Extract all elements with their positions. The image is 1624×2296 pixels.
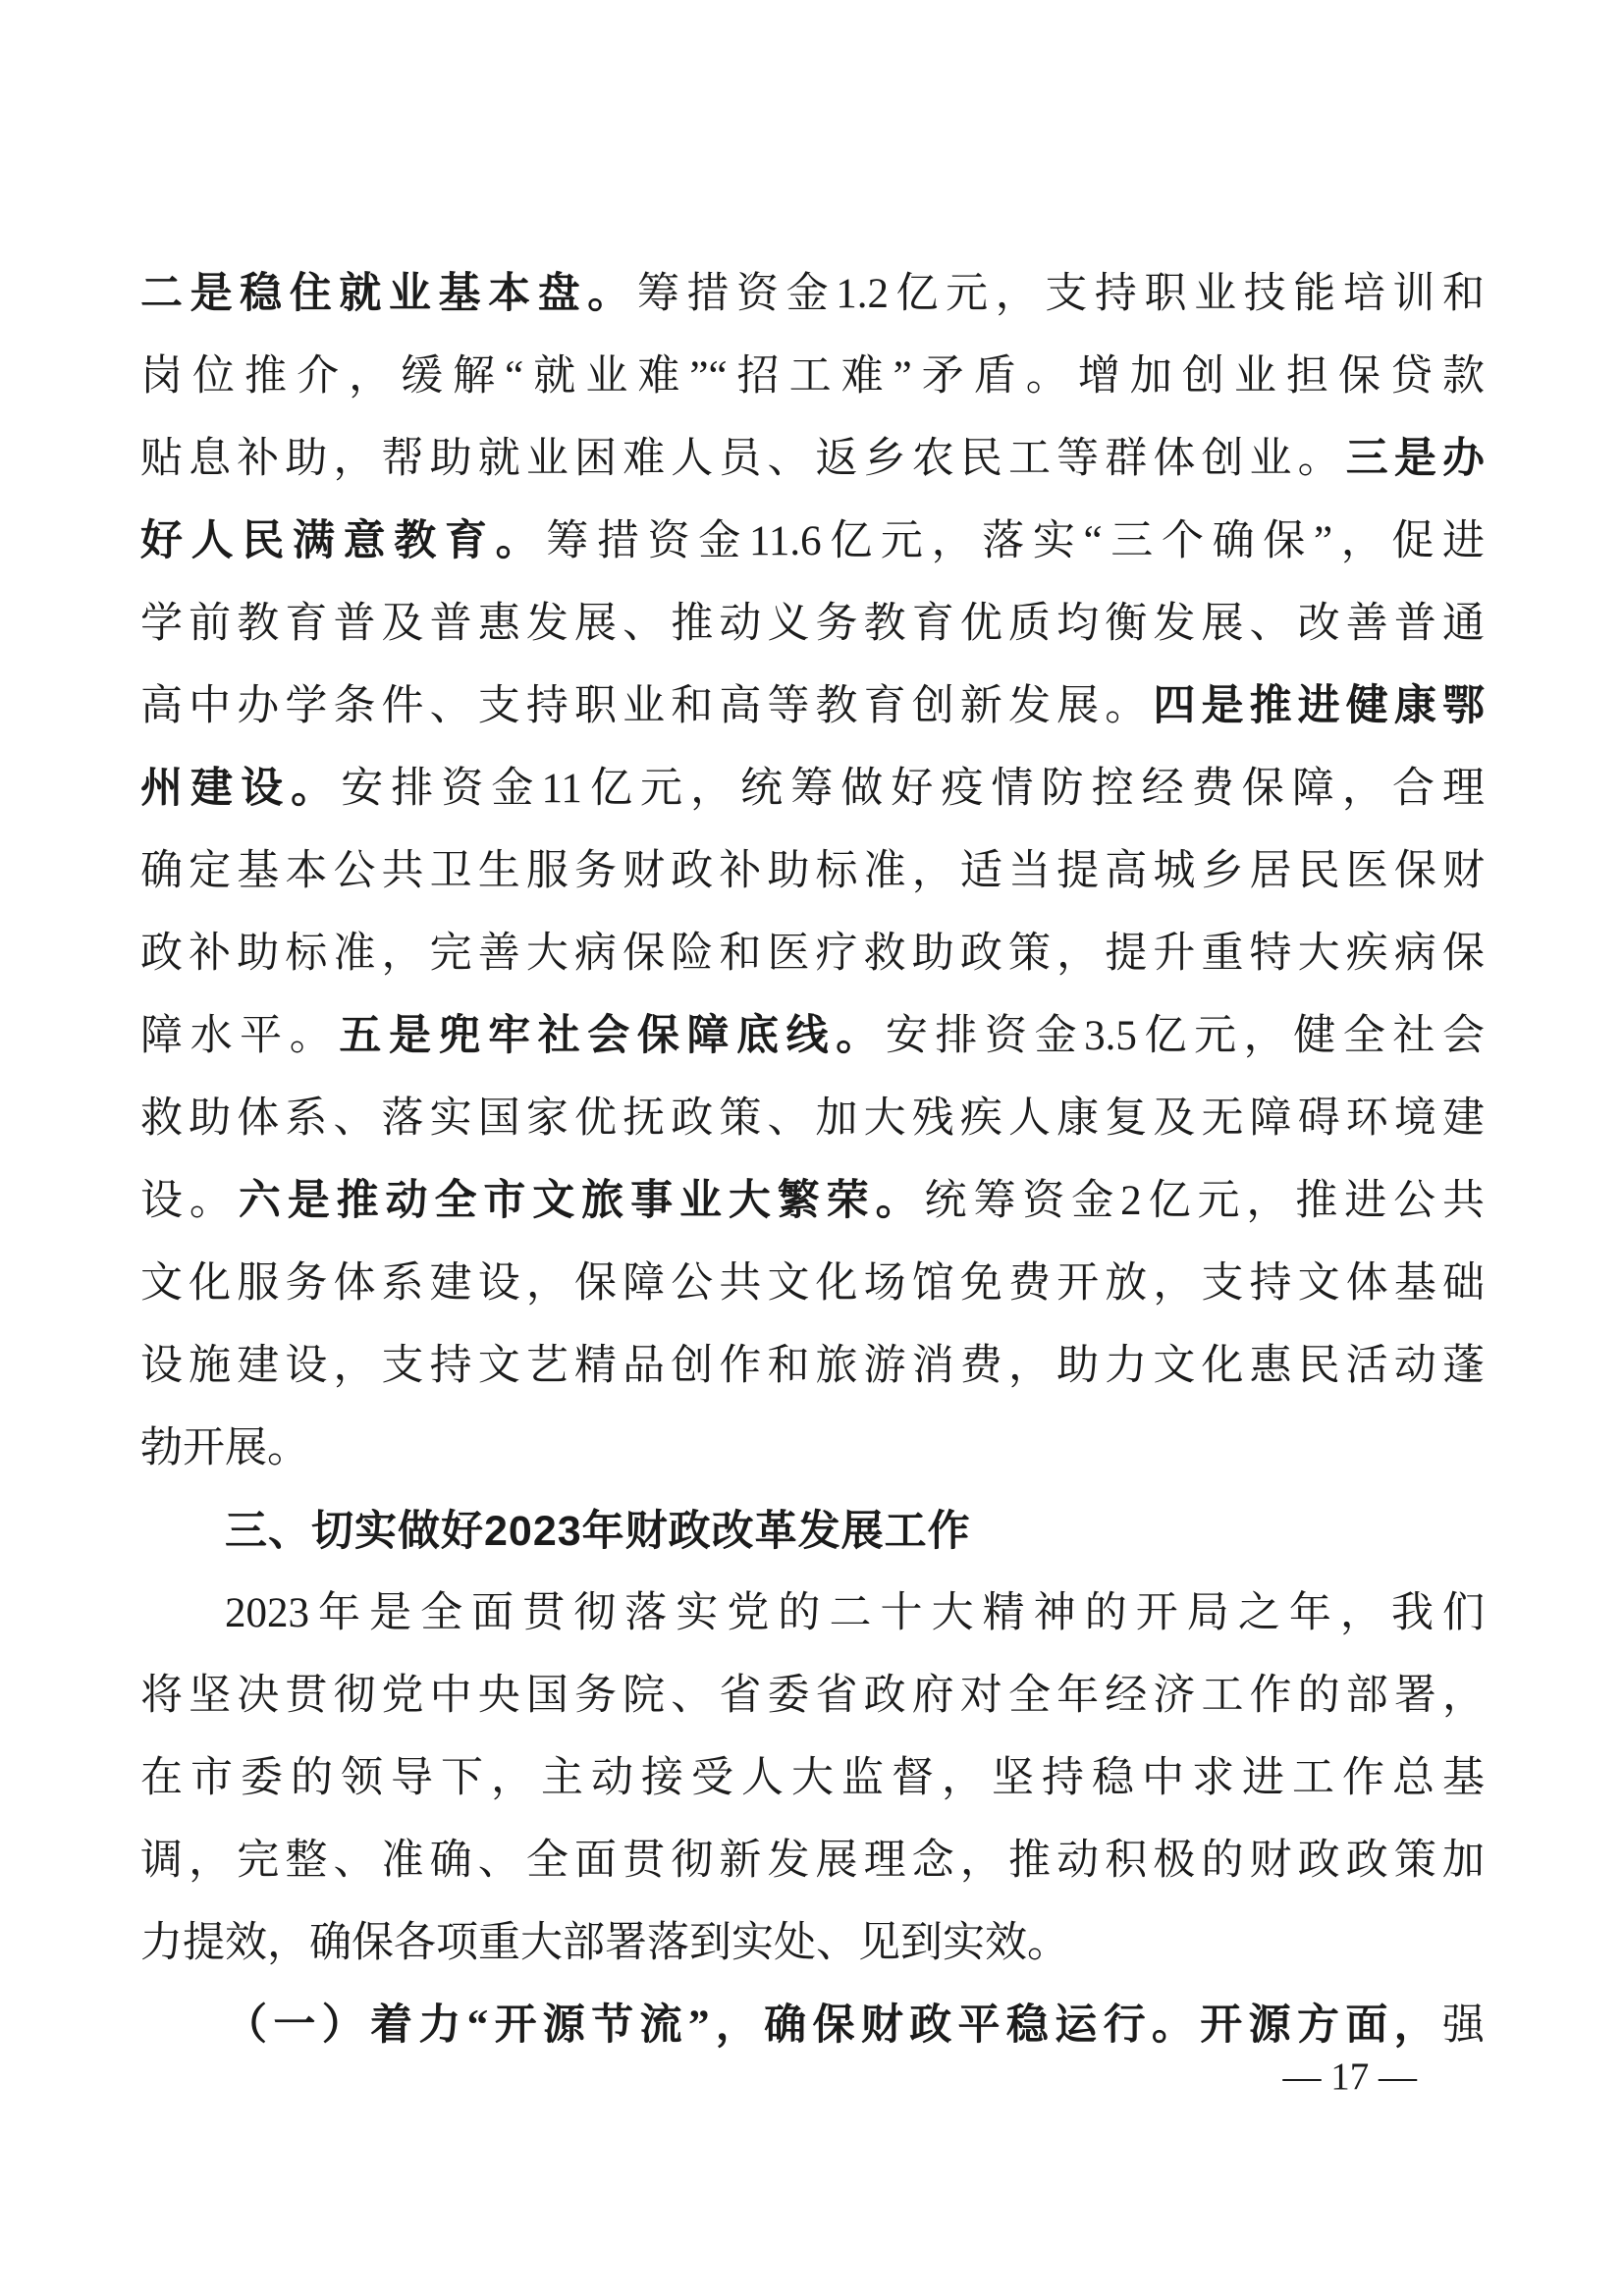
text-run: 筹措资金1.2亿元，支持职业技能培训和 — [637, 271, 1485, 317]
text-run: 统筹资金2亿元，推进公共 — [925, 1178, 1485, 1224]
text-run: 安排资金3.5亿元，健全社会 — [886, 1013, 1485, 1059]
text-line: 在市委的领导下，主动接受人大监督，坚持稳中求进工作总基 — [140, 1737, 1485, 1820]
text-run: 强 — [1442, 2002, 1485, 2049]
emphasis-text-run: 州建设。 — [140, 766, 341, 812]
document-page: 二是稳住就业基本盘。筹措资金1.2亿元，支持职业技能培训和岗位推介，缓解“就业难… — [0, 0, 1624, 2296]
text-line: 二是稳住就业基本盘。筹措资金1.2亿元，支持职业技能培训和 — [140, 253, 1485, 336]
text-run: 2023年是全面贯彻落实党的二十大精神的开局之年，我们 — [225, 1590, 1485, 1636]
text-run: 学前教育普及普惠发展、推动义务教育优质均衡发展、改善普通 — [140, 601, 1485, 647]
text-line: 州建设。安排资金11亿元，统筹做好疫情防控经费保障，合理 — [140, 748, 1485, 830]
emphasis-text-run: 好人民满意教育。 — [140, 518, 546, 564]
text-line: 障水平。五是兜牢社会保障底线。安排资金3.5亿元，健全社会 — [140, 995, 1485, 1078]
text-line: 勃开展。 — [140, 1408, 1485, 1490]
text-line: 设施建设，支持文艺精品创作和旅游消费，助力文化惠民活动蓬 — [140, 1325, 1485, 1408]
section-heading: 三、切实做好2023年财政改革发展工作 — [140, 1490, 1485, 1573]
text-line: 力提效，确保各项重大部署落到实处、见到实效。 — [140, 1902, 1485, 1985]
text-line: 贴息补助，帮助就业困难人员、返乡农民工等群体创业。三是办 — [140, 418, 1485, 501]
text-line: 调，完整、准确、全面贯彻新发展理念，推动积极的财政政策加 — [140, 1820, 1485, 1902]
text-run: 救助体系、落实国家优抚政策、加大残疾人康复及无障碍环境建 — [140, 1095, 1485, 1142]
text-run: 文化服务体系建设，保障公共文化场馆免费开放，支持文体基础 — [140, 1260, 1485, 1307]
text-line: 好人民满意教育。筹措资金11.6亿元，落实“三个确保”，促进 — [140, 501, 1485, 583]
text-line: 学前教育普及普惠发展、推动义务教育优质均衡发展、改善普通 — [140, 583, 1485, 666]
text-line: 救助体系、落实国家优抚政策、加大残疾人康复及无障碍环境建 — [140, 1078, 1485, 1160]
emphasis-text-run: 二是稳住就业基本盘。 — [140, 271, 637, 317]
text-run: 将坚决贯彻党中央国务院、省委省政府对全年经济工作的部署， — [140, 1673, 1485, 1719]
text-line: 政补助标准，完善大病保险和医疗救助政策，提升重特大疾病保 — [140, 913, 1485, 995]
emphasis-text-run: 开源方面， — [1200, 2002, 1442, 2049]
text-run: 障水平。 — [140, 1013, 339, 1059]
text-run: 确定基本公共卫生服务财政补助标准，适当提高城乡居民医保财 — [140, 848, 1485, 894]
emphasis-text-run: 五是兜牢社会保障底线。 — [339, 1013, 885, 1059]
text-run: 高中办学条件、支持职业和高等教育创新发展。 — [140, 683, 1153, 729]
text-line: 确定基本公共卫生服务财政补助标准，适当提高城乡居民医保财 — [140, 830, 1485, 913]
page-number: — 17 — — [1283, 2056, 1418, 2099]
text-run: 贴息补助，帮助就业困难人员、返乡农民工等群体创业。 — [140, 436, 1346, 482]
document-body: 二是稳住就业基本盘。筹措资金1.2亿元，支持职业技能培训和岗位推介，缓解“就业难… — [140, 253, 1485, 2067]
text-run: 岗位推介，缓解“就业难”“招工难”矛盾。增加创业担保贷款 — [140, 353, 1485, 400]
text-run: 筹措资金11.6亿元，落实“三个确保”，促进 — [546, 518, 1485, 564]
text-line: 将坚决贯彻党中央国务院、省委省政府对全年经济工作的部署， — [140, 1655, 1485, 1737]
text-run: 设施建设，支持文艺精品创作和旅游消费，助力文化惠民活动蓬 — [140, 1343, 1485, 1389]
text-line: 文化服务体系建设，保障公共文化场馆免费开放，支持文体基础 — [140, 1243, 1485, 1325]
text-run: 政补助标准，完善大病保险和医疗救助政策，提升重特大疾病保 — [140, 931, 1485, 977]
text-line: 设。六是推动全市文旅事业大繁荣。统筹资金2亿元，推进公共 — [140, 1160, 1485, 1243]
emphasis-text-run: 三是办 — [1346, 436, 1485, 482]
emphasis-text-run: 六是推动全市文旅事业大繁荣。 — [239, 1178, 925, 1224]
text-run: 力提效，确保各项重大部署落到实处、见到实效。 — [140, 1920, 1069, 1966]
text-run: 调，完整、准确、全面贯彻新发展理念，推动积极的财政政策加 — [140, 1838, 1485, 1884]
text-line: 2023年是全面贯彻落实党的二十大精神的开局之年，我们 — [140, 1573, 1485, 1655]
text-run: 在市委的领导下，主动接受人大监督，坚持稳中求进工作总基 — [140, 1755, 1485, 1801]
text-run: 设。 — [140, 1178, 239, 1224]
text-run: 勃开展。 — [140, 1425, 309, 1471]
emphasis-text-run: 三、切实做好2023年财政改革发展工作 — [225, 1508, 971, 1555]
text-line: 岗位推介，缓解“就业难”“招工难”矛盾。增加创业担保贷款 — [140, 336, 1485, 418]
emphasis-text-run: 四是推进健康鄂 — [1153, 683, 1485, 729]
text-line: 高中办学条件、支持职业和高等教育创新发展。四是推进健康鄂 — [140, 666, 1485, 748]
text-run: 安排资金11亿元，统筹做好疫情防控经费保障，合理 — [341, 766, 1485, 812]
emphasis-text-run: （一）着力“开源节流”，确保财政平稳运行。 — [225, 2002, 1200, 2049]
